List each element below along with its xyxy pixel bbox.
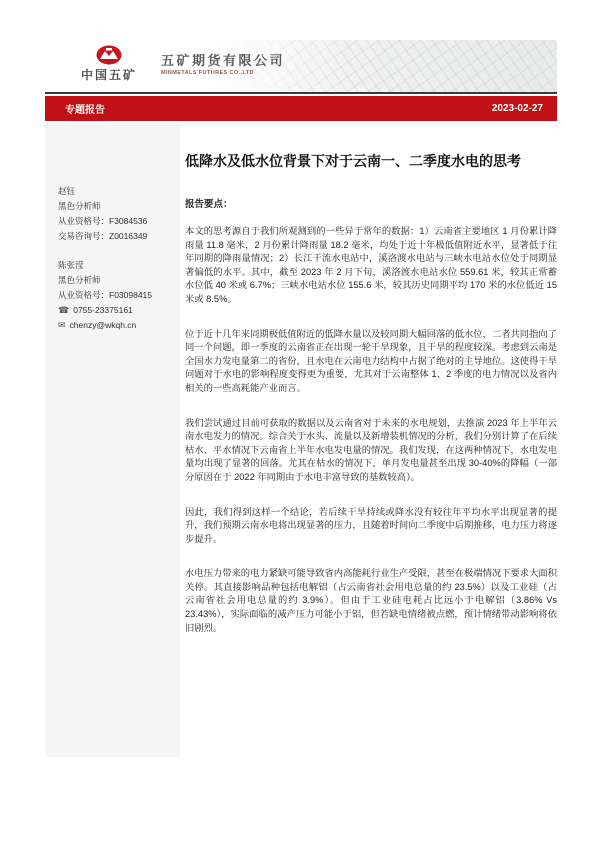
report-page: 中国五矿 五矿期货有限公司 MINMETALS FUTURES CO.,LTD …: [0, 0, 595, 842]
analyst-card: 赵钰 黑色分析师 从业资格号：F3084536 交易咨询号：Z0016349: [58, 184, 176, 244]
report-date: 2023-02-27: [492, 103, 543, 114]
email-icon: ✉: [58, 318, 66, 333]
phone-icon: ☎: [58, 303, 69, 318]
report-type-banner: 专题报告 2023-02-27: [45, 96, 557, 121]
report-title: 低降水及低水位背景下对于云南一、二季度水电的思考: [185, 152, 557, 171]
analyst-sidebar: 赵钰 黑色分析师 从业资格号：F3084536 交易咨询号：Z0016349 陈…: [58, 184, 176, 347]
report-header: 中国五矿 五矿期货有限公司 MINMETALS FUTURES CO.,LTD: [45, 40, 557, 94]
company-name-cn: 五矿期货有限公司: [161, 50, 285, 69]
paragraph-3: 我们尝试通过目前可获取的数据以及云南省对于未来的水电规划，去推演 2023 年上…: [185, 417, 557, 485]
key-points-heading: 报告要点：: [185, 196, 557, 210]
company-logo: 中国五矿 五矿期货有限公司 MINMETALS FUTURES CO.,LTD: [73, 45, 285, 83]
analyst-advisory-no: 交易咨询号：Z0016349: [58, 229, 176, 244]
paragraph-1: 本文的思考源自于我们所观测到的一些异于常年的数据：1）云南省主要地区 1 月份累…: [185, 225, 557, 307]
analyst-name: 陈张滢: [58, 258, 176, 273]
analyst-card: 陈张滢 黑色分析师 从业资格号：F03098415 ☎ 0755-2337516…: [58, 258, 176, 333]
analyst-registration-no: 从业资格号：F3084536: [58, 214, 176, 229]
paragraph-5: 水电压力带来的电力紧缺可能导致省内高能耗行业生产受限，甚至在极端情况下要求大面积…: [185, 567, 557, 635]
analyst-role: 黑色分析师: [58, 273, 176, 288]
report-type-label: 专题报告: [65, 101, 105, 116]
paragraph-4: 因此，我们得到这样一个结论，若后续干旱持续或降水没有较往年平均水平出现显著的提升…: [185, 506, 557, 547]
analyst-email[interactable]: chenzy@wkqh.cn: [70, 318, 137, 333]
paragraph-2: 位于近十几年来同期极低值附近的低降水量以及较同期大幅回落的低水位，二者共同指向了…: [185, 328, 557, 396]
company-name-en: MINMETALS FUTURES CO.,LTD: [161, 70, 285, 76]
logo-text: 中国五矿: [81, 66, 137, 83]
analyst-name: 赵钰: [58, 184, 176, 199]
report-body: 低降水及低水位背景下对于云南一、二季度水电的思考 报告要点： 本文的思考源自于我…: [185, 152, 557, 635]
analyst-email-line: ✉ chenzy@wkqh.cn: [58, 318, 176, 333]
analyst-registration-no: 从业资格号：F03098415: [58, 288, 176, 303]
analyst-phone: 0755-23375161: [73, 303, 133, 318]
analyst-phone-line: ☎ 0755-23375161: [58, 303, 176, 318]
minmetals-emblem-icon: [96, 45, 122, 65]
analyst-role: 黑色分析师: [58, 199, 176, 214]
